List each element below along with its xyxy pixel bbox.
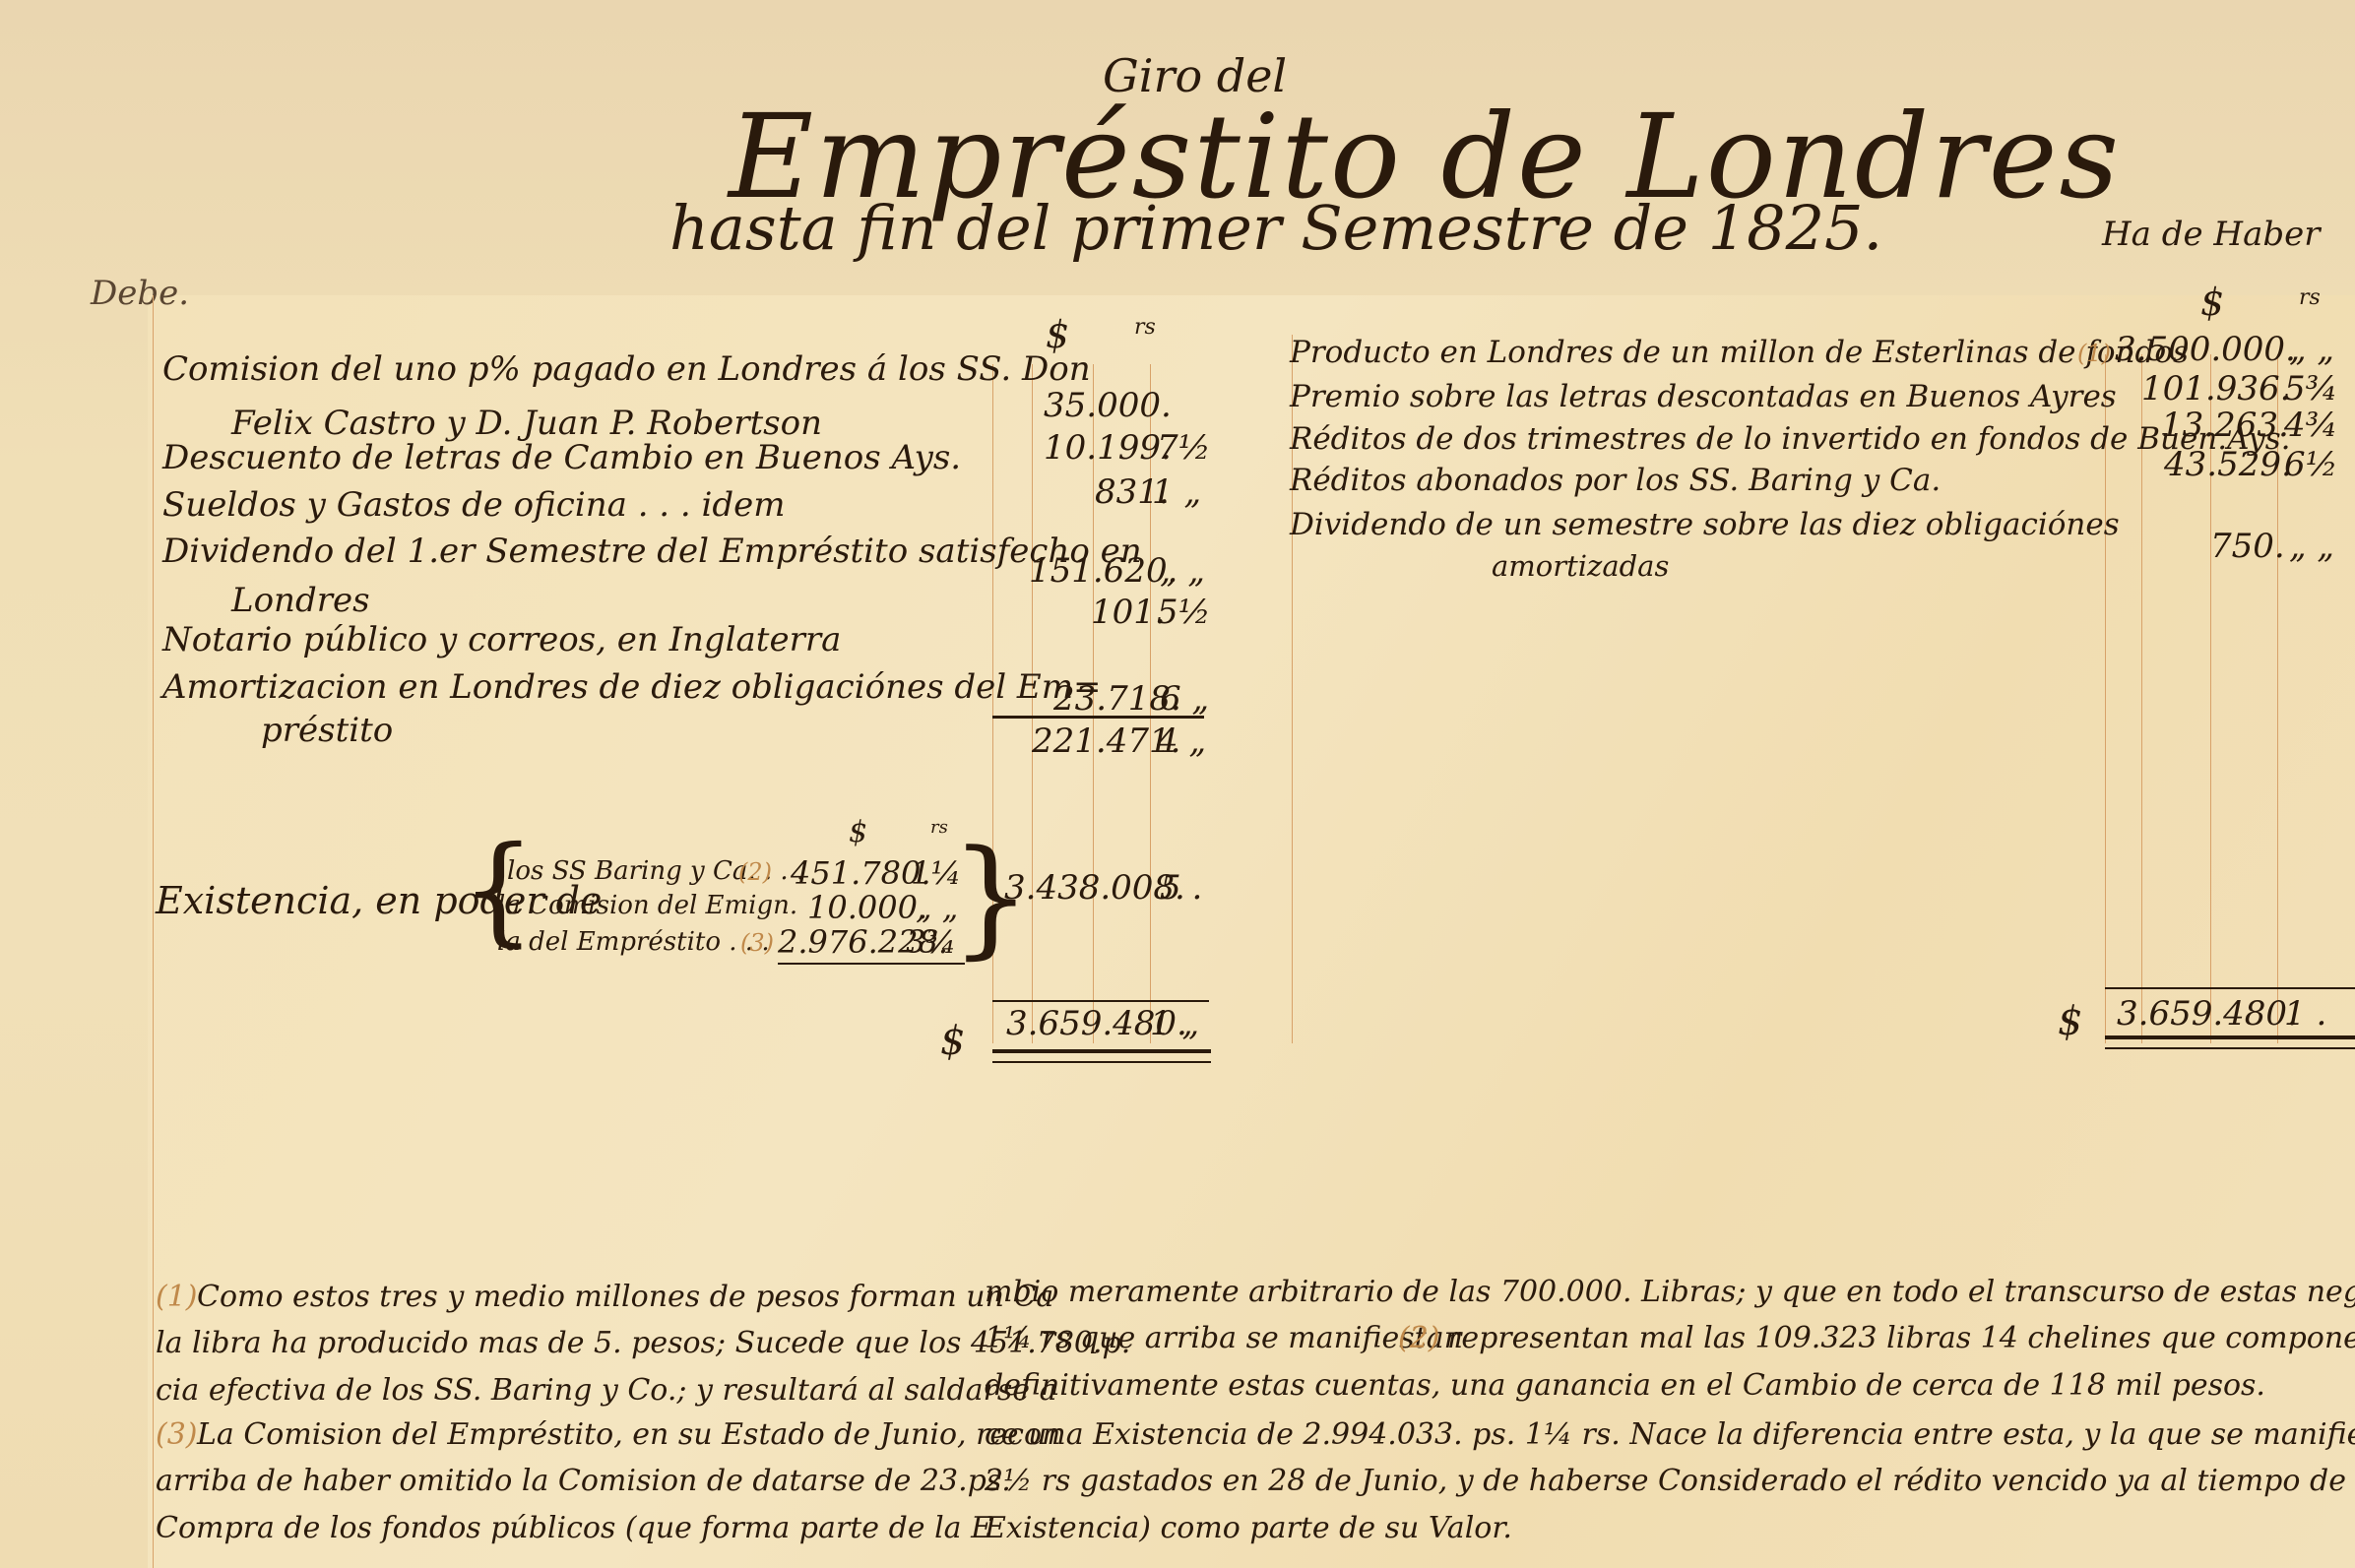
haber-entry-reales: 5¾ xyxy=(2284,369,2338,408)
footnote-line: 2½ rs gastados en 28 de Junio, y de habe… xyxy=(985,1464,2355,1498)
haber-entry-text: Producto en Londres de un millon de Este… xyxy=(1290,335,2189,370)
footnote-line: arriba de haber omitido la Comision de d… xyxy=(156,1464,1011,1498)
haber-entry-reales: „ „ xyxy=(2289,330,2334,369)
footnote-mark: (3) xyxy=(156,1417,198,1452)
debe-entry-text: Amortizacion en Londres de diez obligaci… xyxy=(162,667,1101,707)
margin-rule xyxy=(153,295,154,1568)
footnote-line: 1¼ rs que arriba se manifiestan xyxy=(985,1321,1463,1355)
haber-entry-pesos: 13.263. xyxy=(2161,406,2289,445)
haber-grand-total-pesos: 3.659.480. xyxy=(2117,994,2298,1034)
footnote-line: definitivamente estas cuentas, una ganan… xyxy=(985,1368,2265,1403)
debe-entry-text: Descuento de letras de Cambio en Buenos … xyxy=(162,438,961,477)
debe-entry-text: Sueldos y Gastos de oficina . . . idem xyxy=(162,485,786,525)
existencia-pesos: 10.000. xyxy=(807,889,927,926)
haber-entry-pesos: 3.500.000. xyxy=(2115,330,2296,369)
footnote-line: mbio meramente arbitrario de las 700.000… xyxy=(985,1275,2355,1309)
debe-entry-reales: 1 „ xyxy=(1152,472,1201,512)
debe-entry-reales: 5½ xyxy=(1157,593,1211,632)
debe-label: Debe. xyxy=(91,274,189,313)
debe-entry-pesos: 151.620. xyxy=(1029,551,1177,591)
footnote-line: representan mal las 109.323 libras 14 ch… xyxy=(1447,1321,2355,1355)
haber-grand-total-reales: 1 . xyxy=(2284,994,2326,1034)
haber-entry-text: Réditos abonados por los SS. Baring y Ca… xyxy=(1290,463,1941,498)
debe-entry-text: Comision del uno p% pagado en Londres á … xyxy=(162,349,1091,389)
existencia-total-reales: 5 . xyxy=(1160,868,1202,908)
haber-column-rule xyxy=(2105,354,2106,1043)
haber-entry-pesos: 101.936. xyxy=(2141,369,2290,408)
footnote-mark: (1) xyxy=(2077,340,2111,367)
double-total-rule xyxy=(992,1049,1211,1063)
debe-entry-pesos: 35.000. xyxy=(1044,386,1172,425)
footnote-mark: (2) xyxy=(738,858,772,886)
haber-entry-text: Dividendo de un semestre sobre las diez … xyxy=(1290,507,2120,542)
existencia-total-pesos: 3.438.008. xyxy=(1004,868,1185,908)
debe-entry-text-cont: Felix Castro y D. Juan P. Robertson xyxy=(231,404,822,443)
haber-column-rule xyxy=(2141,354,2142,1043)
haber-entry-pesos: 43.529. xyxy=(2164,445,2292,484)
debe-subtotal-reales: 4 „ xyxy=(1157,721,1206,761)
debe-entry-text-cont: Londres xyxy=(231,581,370,620)
haber-entry-text: Premio sobre las letras descontadas en B… xyxy=(1290,379,2117,414)
brace-left: { xyxy=(461,822,536,959)
existencia-holder: la Comision del Emign. xyxy=(497,891,797,920)
footnote-mark: (2) xyxy=(1398,1321,1440,1355)
haber-entry-reales: 4¾ xyxy=(2284,406,2338,445)
debe-entry-text: Dividendo del 1.er Semestre del Emprésti… xyxy=(162,532,1142,571)
haber-total-currency: $ xyxy=(2058,999,2082,1044)
existencia-reales-header: rs xyxy=(930,817,948,838)
footnote-mark: (1) xyxy=(156,1280,198,1314)
debe-entry-text-cont: préstito xyxy=(261,711,393,750)
haber-label: Ha de Haber xyxy=(2102,215,2320,254)
haber-pesos-header: $ xyxy=(2200,281,2224,324)
debe-entry-reales: 7½ xyxy=(1157,428,1211,468)
reales-header: rs xyxy=(1134,315,1156,340)
debe-entry-text: Notario público y correos, en Inglaterra xyxy=(162,620,841,659)
footnote-line: Compra de los fondos públicos (que forma… xyxy=(156,1511,992,1545)
total-rule xyxy=(992,1000,1209,1002)
haber-double-total-rule xyxy=(2105,1035,2355,1049)
haber-entry-reales: „ „ xyxy=(2289,527,2334,566)
existencia-holder: la del Empréstito . . . xyxy=(497,927,770,957)
debe-entry-pesos: 101. xyxy=(1091,593,1166,632)
subtotal-rule xyxy=(992,716,1204,719)
haber-entry-text-cont: amortizadas xyxy=(1492,549,1669,583)
existencia-rule xyxy=(778,963,965,965)
footnote-line: Como estos tres y medio millones de peso… xyxy=(197,1280,1053,1314)
debe-entry-reales: 6 „ xyxy=(1160,679,1209,719)
footnote-mark: (3) xyxy=(740,929,774,957)
haber-reales-header: rs xyxy=(2299,285,2321,310)
footnote-line: Existencia) como parte de su Valor. xyxy=(985,1511,1512,1545)
footnote-line: ce una Existencia de 2.994.033. ps. 1¼ r… xyxy=(985,1417,2355,1452)
debe-total-currency: $ xyxy=(940,1019,965,1064)
footnote-line: La Comision del Empréstito, en su Estado… xyxy=(197,1417,1060,1452)
footnote-line: cia efectiva de los SS. Baring y Co.; y … xyxy=(156,1373,1056,1408)
haber-entry-reales: 6½ xyxy=(2284,445,2338,484)
debe-grand-total-reales: 1 „ xyxy=(1150,1004,1199,1043)
existencia-reales: 3¾ xyxy=(906,923,956,961)
debe-entry-reales: „ „ xyxy=(1160,551,1205,591)
existencia-pesos-header: $ xyxy=(849,815,867,849)
haber-entry-pesos: 750. xyxy=(2210,527,2285,566)
haber-entry-text: Réditos de dos trimestres de lo invertid… xyxy=(1290,421,2291,457)
debe-entry-pesos: 10.199. xyxy=(1044,428,1172,468)
haber-total-rule xyxy=(2105,987,2355,989)
page-subtitle: hasta fin del primer Semestre de 1825. xyxy=(669,192,1882,264)
